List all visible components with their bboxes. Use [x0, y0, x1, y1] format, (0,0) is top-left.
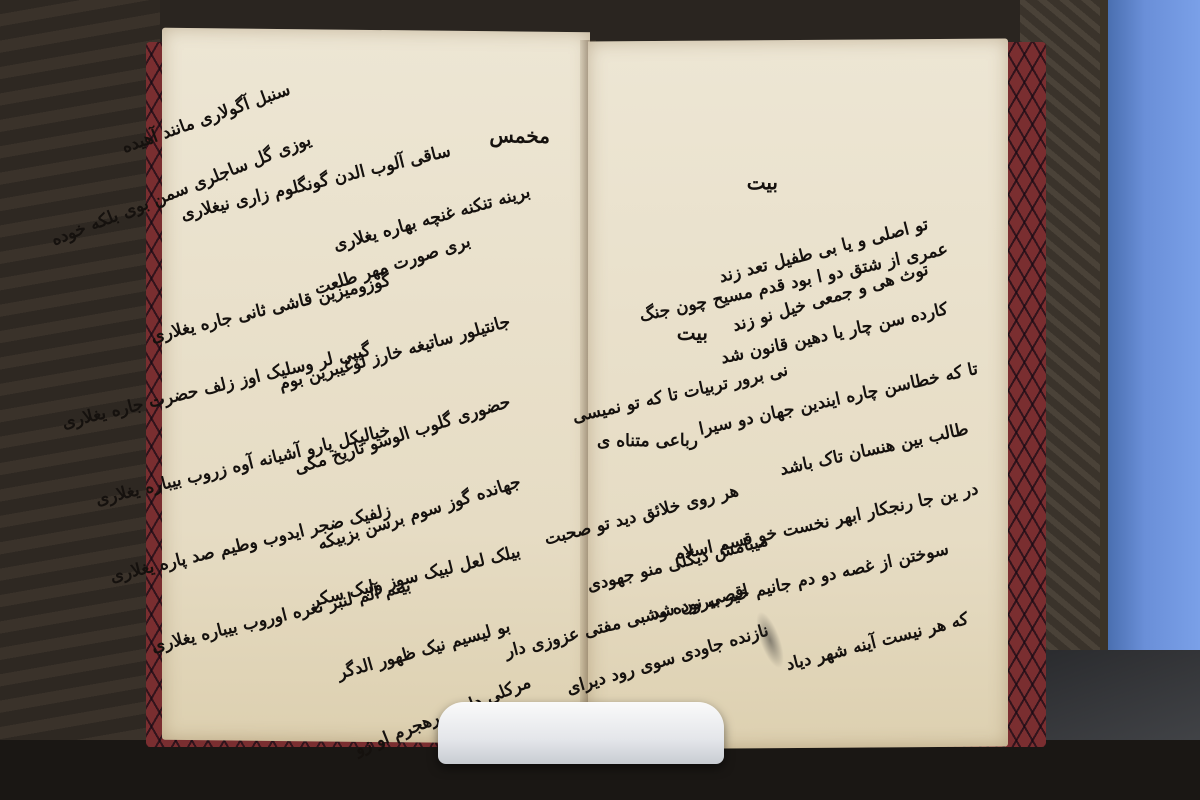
manuscript-line: رباعی متناه ی [597, 431, 698, 452]
right-page-heading: بیت [747, 170, 778, 194]
right-page-subheading: بیت [677, 321, 708, 345]
manuscript-line: بو لیسیم نیک ظهور الدگر [335, 617, 512, 684]
manuscript-line: بیتم آلم لنبر نغره اوروب بیباره یغلاری [149, 576, 412, 657]
acrylic-page-holder [438, 702, 724, 764]
right-page: بیت عمری از شتق دو ا بود قدم مسیح چون جن… [588, 39, 1008, 750]
manuscript-line: طالب بین هنسان تاک باشد [778, 419, 970, 480]
left-page-heading: مخمس [489, 123, 550, 148]
display-case-light [1108, 0, 1200, 660]
manuscript-line: که هر نیست آینه شهر دیاد [784, 609, 970, 675]
manuscript-line: گوزومیزین قاشی ثانی جاره یغلاری [149, 270, 393, 347]
